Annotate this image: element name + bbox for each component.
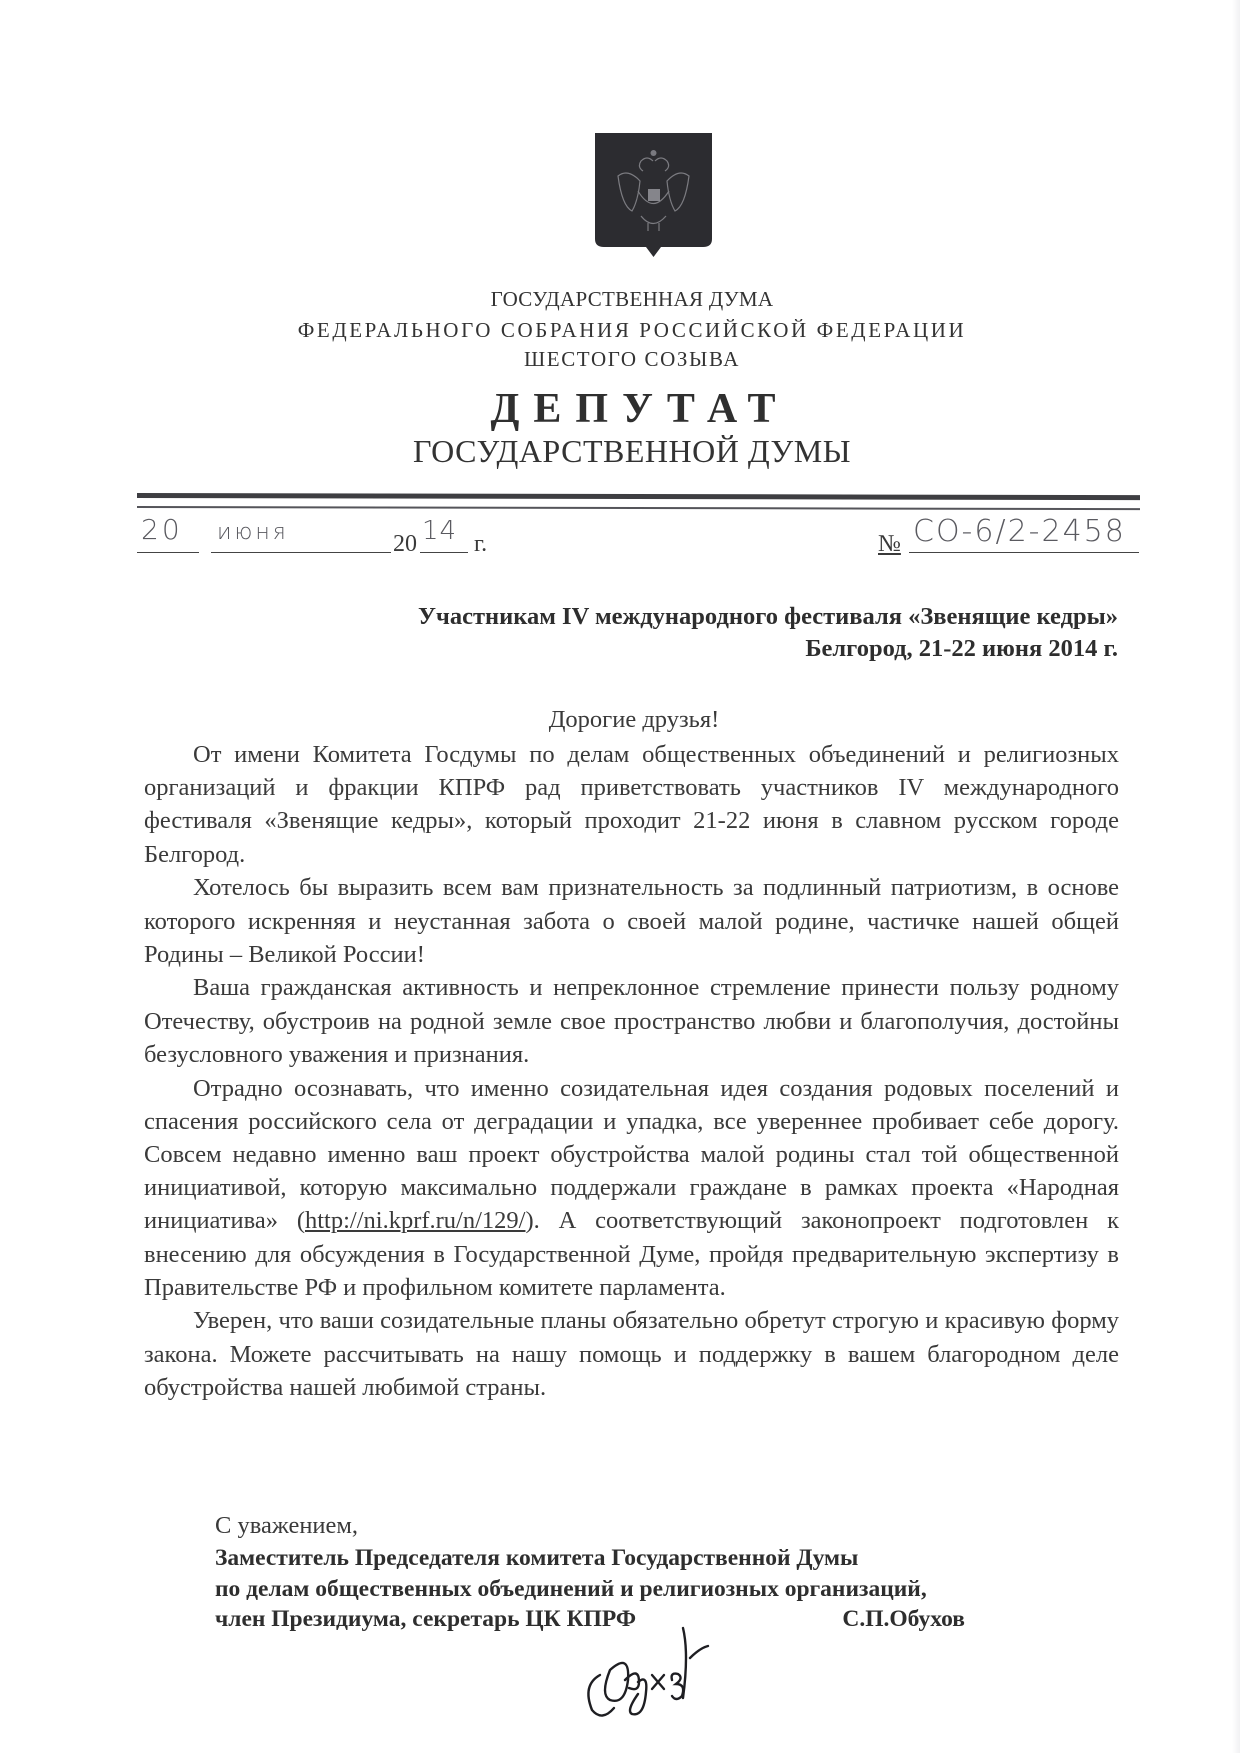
number-label: № bbox=[878, 531, 901, 558]
date-day-field: 20 bbox=[137, 522, 199, 553]
letterhead-title: ДЕПУТАТ bbox=[20, 385, 1240, 433]
date-year-field: 14 bbox=[420, 522, 468, 553]
date-month: июня bbox=[217, 520, 289, 545]
header-rule-thin bbox=[137, 506, 1140, 510]
scan-page-edge bbox=[1232, 0, 1240, 1753]
signatory-committee-line: по делам общественных объединений и рели… bbox=[215, 1574, 1085, 1605]
date-year-suffix: 14 bbox=[422, 516, 457, 546]
paragraph: Хотелось бы выразить всем вам признатель… bbox=[144, 871, 1119, 971]
letter-body: От имени Комитета Госдумы по делам общес… bbox=[144, 738, 1119, 1405]
letterhead-line-convocation: ШЕСТОГО СОЗЫВА bbox=[12, 347, 1240, 372]
date-month-field: июня bbox=[211, 522, 391, 553]
handwritten-signature-icon bbox=[580, 1620, 710, 1730]
addressee-block: Участникам IV международного фестиваля «… bbox=[418, 601, 1118, 665]
closing: С уважением, bbox=[215, 1512, 358, 1540]
greeting: Дорогие друзья! bbox=[0, 706, 1240, 734]
addressee-line: Участникам IV международного фестиваля «… bbox=[418, 601, 1118, 633]
event-place-date: Белгород, 21-22 июня 2014 г. bbox=[418, 633, 1118, 665]
signatory-position-line: Заместитель Председателя комитета Госуда… bbox=[215, 1543, 1085, 1574]
date-year-unit: г. bbox=[474, 531, 487, 558]
paragraph: Уверен, что ваши созидательные планы обя… bbox=[144, 1304, 1119, 1404]
number-field: СО-6/2-2458 bbox=[909, 522, 1139, 553]
coat-of-arms-icon bbox=[593, 131, 714, 259]
paragraph: Отрадно осознавать, что именно созидател… bbox=[144, 1072, 1119, 1304]
letterhead-subtitle: ГОСУДАРСТВЕННОЙ ДУМЫ bbox=[12, 433, 1240, 470]
date-year-prefix: 20 bbox=[393, 531, 417, 558]
paragraph: Ваша гражданская активность и непреклонн… bbox=[144, 971, 1119, 1071]
initiative-link[interactable]: http://ni.kprf.ru/n/129/ bbox=[305, 1207, 526, 1234]
paragraph: От имени Комитета Госдумы по делам общес… bbox=[144, 738, 1119, 871]
letterhead-line-federal-assembly: ФЕДЕРАЛЬНОГО СОБРАНИЯ РОССИЙСКОЙ ФЕДЕРАЦ… bbox=[12, 318, 1240, 343]
signatory-name: С.П.Обухов bbox=[842, 1604, 965, 1635]
header-rule-thick bbox=[137, 493, 1140, 500]
letterhead-line-duma: ГОСУДАРСТВЕННАЯ ДУМА bbox=[12, 287, 1240, 312]
dateline: 20 июня 20 14 г. № СО-6/2-2458 bbox=[137, 522, 1147, 558]
document-number: СО-6/2-2458 bbox=[913, 514, 1126, 549]
date-day: 20 bbox=[141, 513, 183, 546]
